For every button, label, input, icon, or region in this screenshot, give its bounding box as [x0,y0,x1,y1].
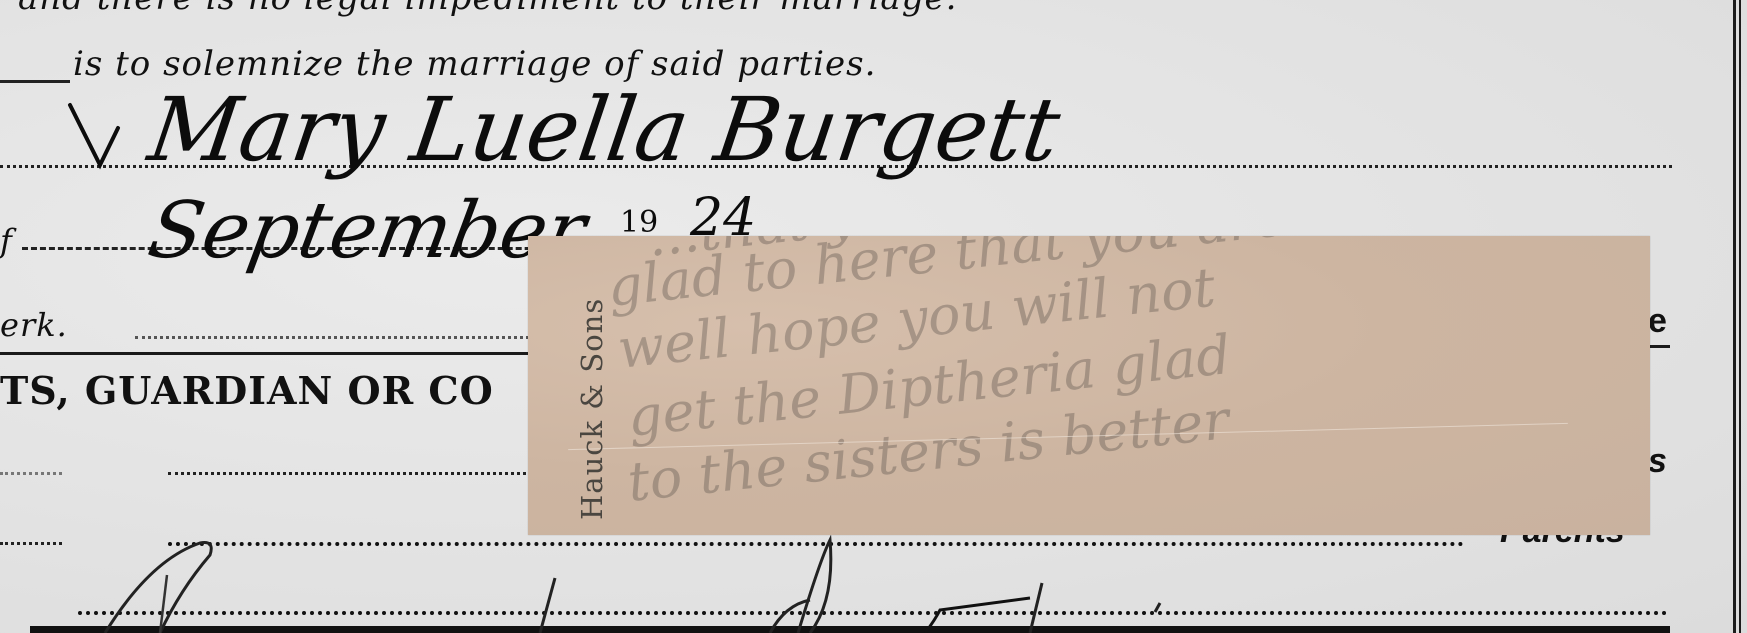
form-page: and there is no legal impediment to thei… [0,0,1747,633]
check-mark-icon [70,105,118,165]
signature-name-first: Mary Luella Burgett [143,78,1066,181]
signature-year-prefix: 19 [620,205,658,240]
hauck-sons-imprint: Hauck & Sons [575,298,609,520]
name-text: Mary Luella Burgett [143,78,1066,181]
pasted-paper-strip: ...that you glad to here that you are we… [528,236,1650,535]
signature-month: September [142,186,592,276]
